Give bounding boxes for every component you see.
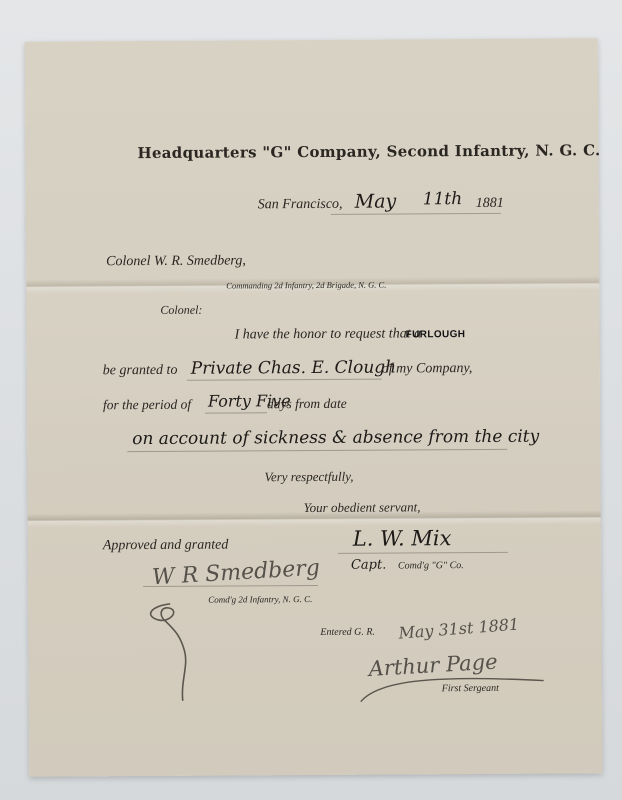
captain-signature: L. W. Mix	[353, 526, 452, 551]
approval-label: Approved and granted	[103, 538, 229, 555]
soldier-name: Private Chas. E. Clough	[191, 357, 396, 378]
body-line-1: I have the honor to request that a	[235, 326, 422, 343]
body-line-3-start: for the period of	[103, 397, 191, 414]
sergeant-title: First Sergeant	[442, 683, 499, 694]
date-year: 1881	[476, 196, 504, 212]
furlough-stamp: FURLOUGH	[406, 329, 466, 340]
addressee-title: Commanding 2d Infantry, 2d Brigade, N. G…	[226, 280, 386, 291]
dateline-city: San Francisco,	[258, 197, 343, 214]
letterhead: Headquarters "G" Company, Second Infantr…	[137, 141, 600, 162]
captain-title: Comd'g "G" Co.	[398, 560, 464, 571]
date-month: May	[355, 190, 397, 212]
captain-rank: Capt.	[351, 558, 386, 573]
signature-flourish-icon	[140, 596, 231, 707]
closing-line-1: Very respectfully,	[264, 469, 353, 486]
date-rule	[331, 213, 501, 215]
date-day: 11th	[423, 189, 463, 209]
closing-line-2: Your obedient servant,	[304, 499, 421, 516]
body-line-2-start: be granted to	[103, 363, 178, 379]
salutation: Colonel:	[160, 303, 202, 318]
furlough-reason: on account of sickness & absence from th…	[132, 427, 539, 449]
body-line-2-end: of my Company,	[382, 361, 473, 378]
addressee-name: Colonel W. R. Smedberg,	[106, 253, 246, 270]
letter-sheet: Headquarters "G" Company, Second Infantr…	[25, 38, 602, 776]
entry-label: Entered G. R.	[320, 627, 375, 638]
body-line-3-end: days from date	[267, 396, 347, 412]
